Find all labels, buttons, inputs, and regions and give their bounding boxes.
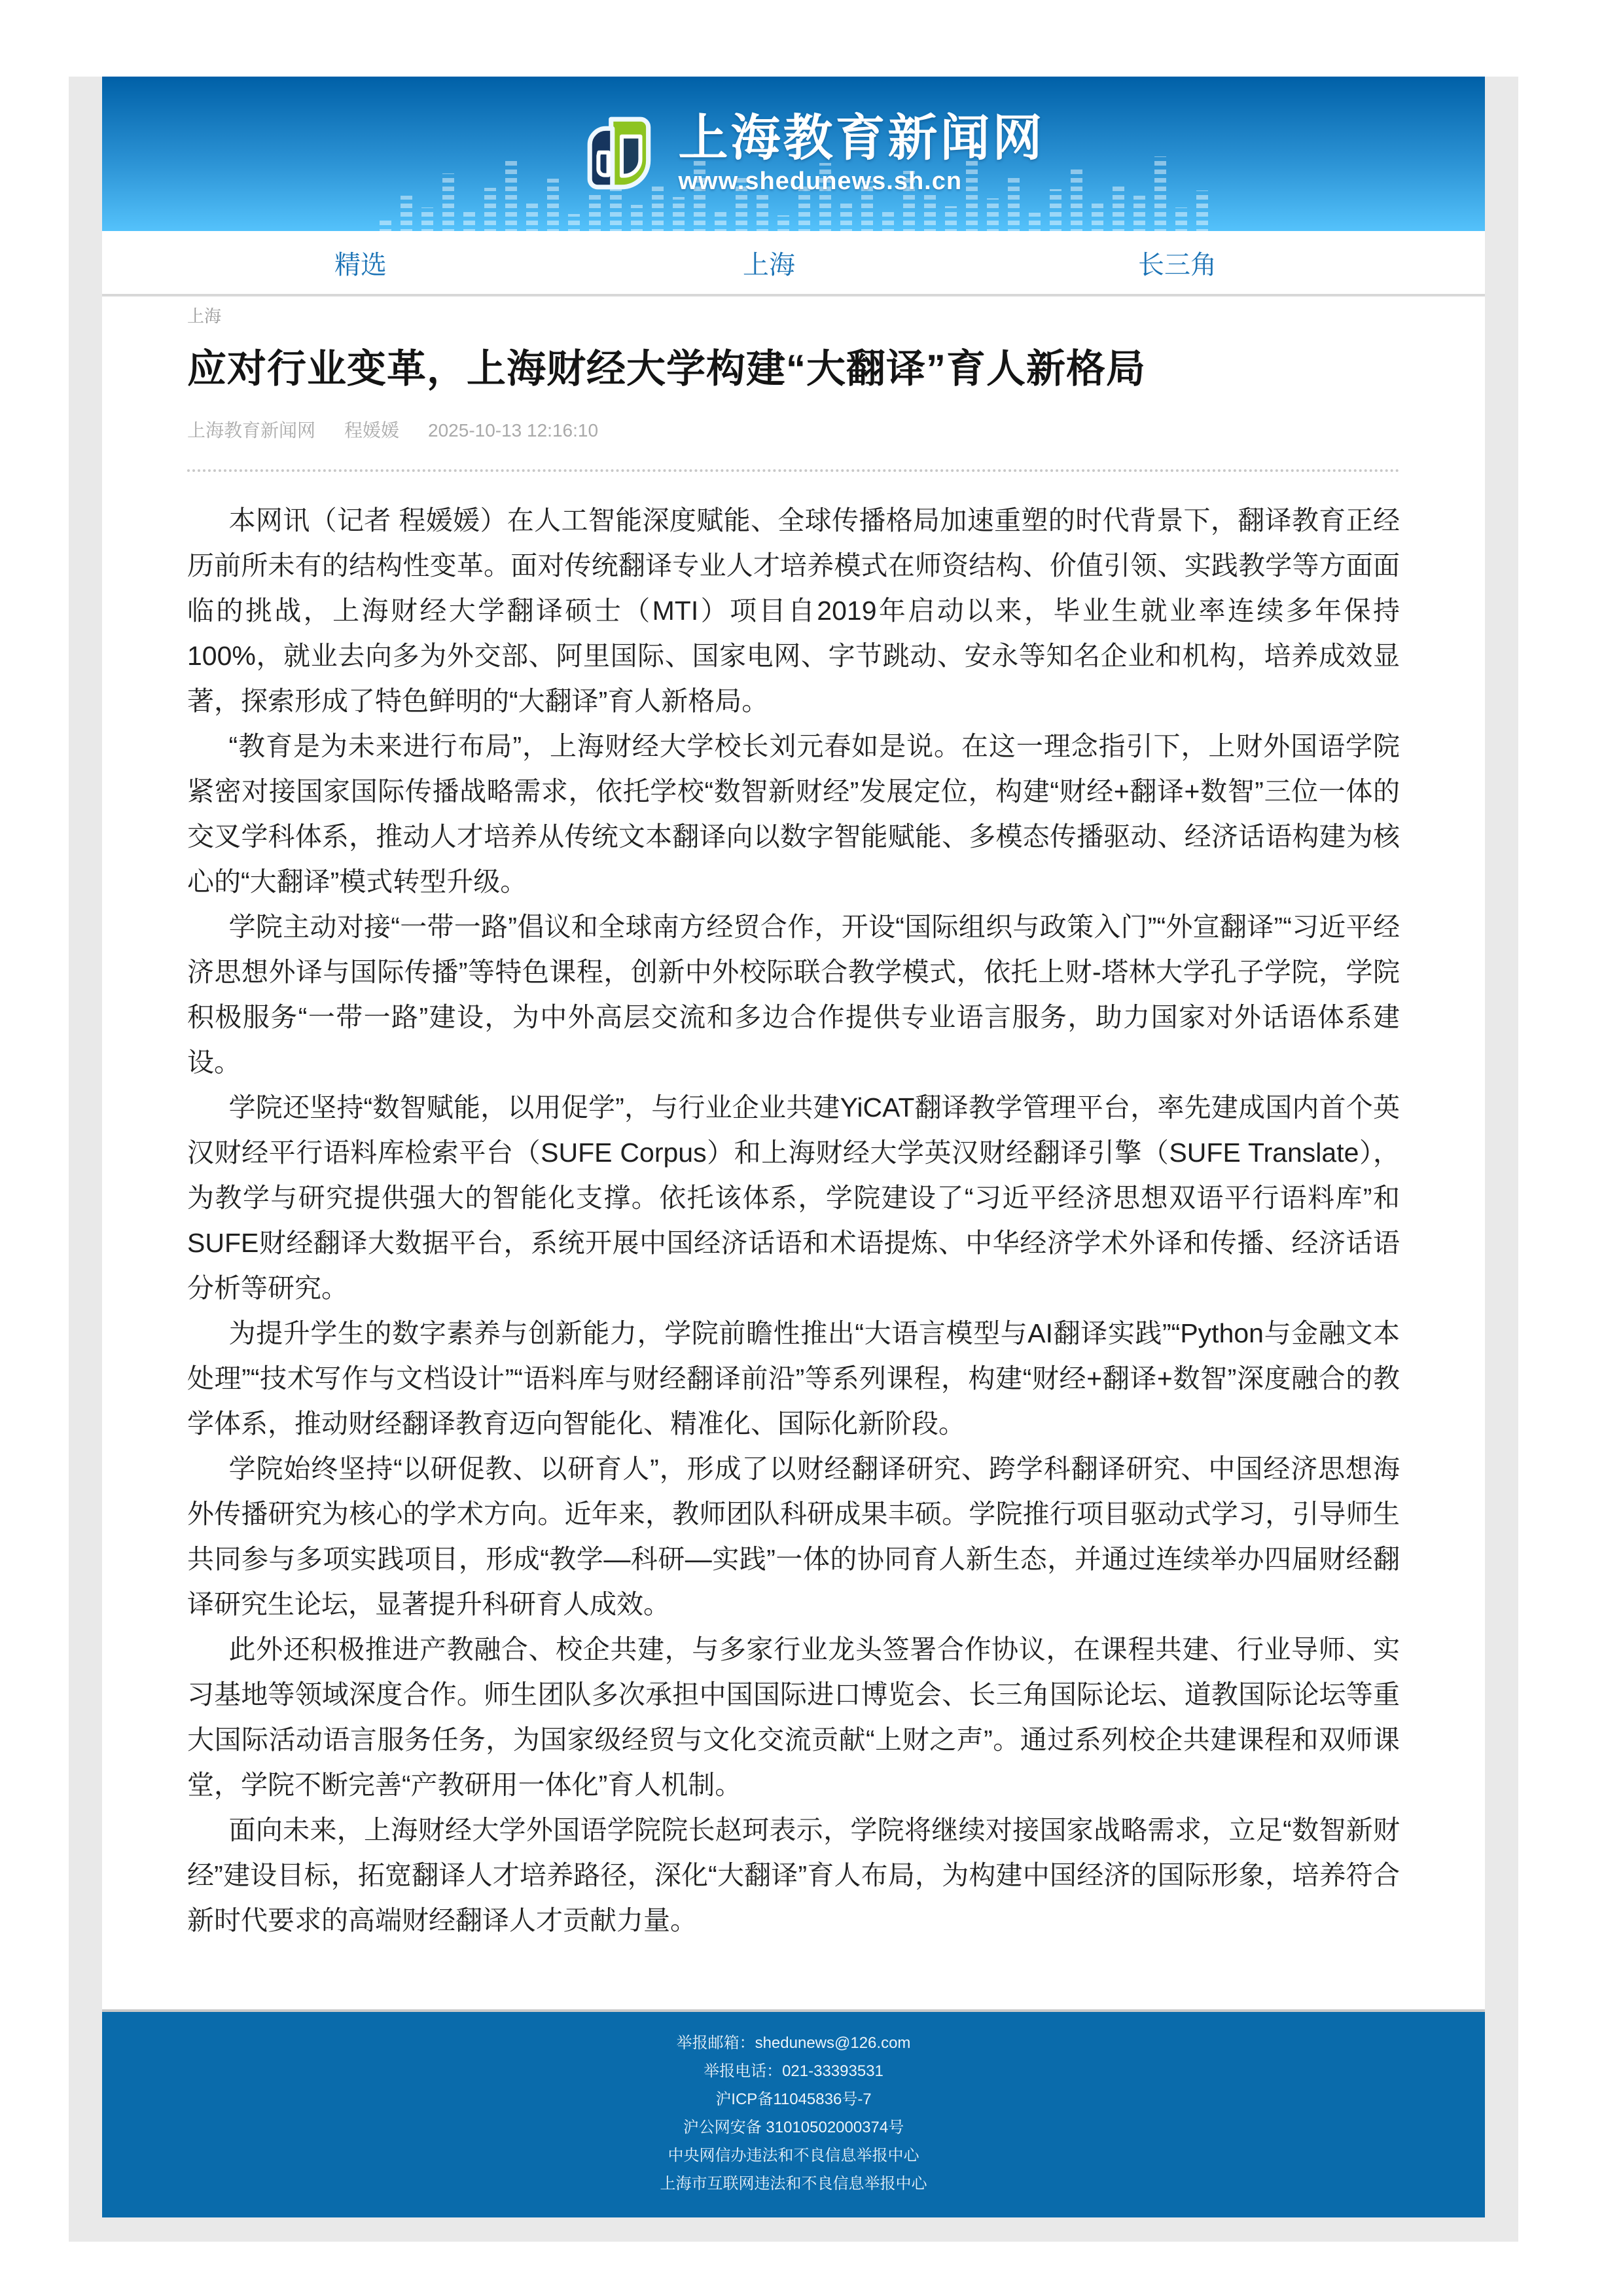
site-logo[interactable]: 上海教育新闻网 www.shedunews.sh.cn: [141, 77, 1485, 231]
article-paragraph: 面向未来，上海财经大学外国语学院院长赵珂表示，学院将继续对接国家战略需求，立足“…: [187, 1808, 1400, 1943]
nav-item-精选[interactable]: 精选: [156, 244, 565, 281]
article-meta: 上海教育新闻网 程媛媛 2025-10-13 12:16:10: [187, 420, 1400, 442]
footer-line: 沪ICP备11045836号-7: [102, 2085, 1485, 2113]
article-body: 本网讯（记者 程媛媛）在人工智能深度赋能、全球传播格局加速重塑的时代背景下，翻译…: [187, 498, 1400, 1943]
breadcrumb[interactable]: 上海: [187, 304, 1400, 328]
article-paragraph: 学院还坚持“数智赋能，以用促学”，与行业企业共建YiCAT翻译教学管理平台，率先…: [187, 1085, 1400, 1311]
article-paragraph: “教育是为未来进行布局”，上海财经大学校长刘元春如是说。在这一理念指引下，上财外…: [187, 724, 1400, 905]
meta-divider: [187, 469, 1400, 472]
site-name: 上海教育新闻网: [679, 113, 1045, 165]
article-paragraph: 学院始终坚持“以研促教、以研育人”，形成了以财经翻译研究、跨学科翻译研究、中国经…: [187, 1446, 1400, 1627]
article-title: 应对行业变革，上海财经大学构建“大翻译”育人新格局: [187, 345, 1400, 393]
footer-line: 举报邮箱：shedunews@126.com: [102, 2029, 1485, 2057]
footer-line: 举报电话：021-33393531: [102, 2057, 1485, 2085]
meta-source: 上海教育新闻网: [187, 420, 315, 442]
meta-datetime: 2025-10-13 12:16:10: [428, 420, 598, 442]
article-paragraph: 此外还积极推进产教融合、校企共建，与多家行业龙头签署合作协议，在课程共建、行业导…: [187, 1627, 1400, 1808]
page-background: 上海教育新闻网 www.shedunews.sh.cn 精选上海长三角 上海 应…: [69, 77, 1518, 2242]
nav-item-长三角[interactable]: 长三角: [973, 244, 1382, 281]
site-logo-text: 上海教育新闻网 www.shedunews.sh.cn: [679, 113, 1045, 195]
site-header-banner: 上海教育新闻网 www.shedunews.sh.cn: [102, 77, 1485, 231]
site-url: www.shedunews.sh.cn: [679, 168, 1045, 195]
footer-line: 中央网信办违法和不良信息举报中心: [102, 2142, 1485, 2170]
site-footer: 举报邮箱：shedunews@126.com举报电话：021-33393531沪…: [102, 2012, 1485, 2217]
article-paragraph: 学院主动对接“一带一路”倡议和全球南方经贸合作，开设“国际组织与政策入门”“外宣…: [187, 905, 1400, 1085]
article-paragraph: 为提升学生的数字素养与创新能力，学院前瞻性推出“大语言模型与AI翻译实践”“Py…: [187, 1311, 1400, 1446]
article-paragraph: 本网讯（记者 程媛媛）在人工智能深度赋能、全球传播格局加速重塑的时代背景下，翻译…: [187, 498, 1400, 724]
nav-item-上海[interactable]: 上海: [565, 244, 973, 281]
meta-author: 程媛媛: [344, 420, 399, 442]
footer-line: 上海市互联网违法和不良信息举报中心: [102, 2170, 1485, 2198]
footer-line: 沪公网安备 31010502000374号: [102, 2113, 1485, 2142]
content-card: 上海教育新闻网 www.shedunews.sh.cn 精选上海长三角 上海 应…: [102, 77, 1485, 2217]
article-area: 上海 应对行业变革，上海财经大学构建“大翻译”育人新格局 上海教育新闻网 程媛媛…: [102, 296, 1485, 2009]
leaf-book-logo-icon: [582, 114, 662, 194]
main-nav: 精选上海长三角: [102, 231, 1485, 296]
